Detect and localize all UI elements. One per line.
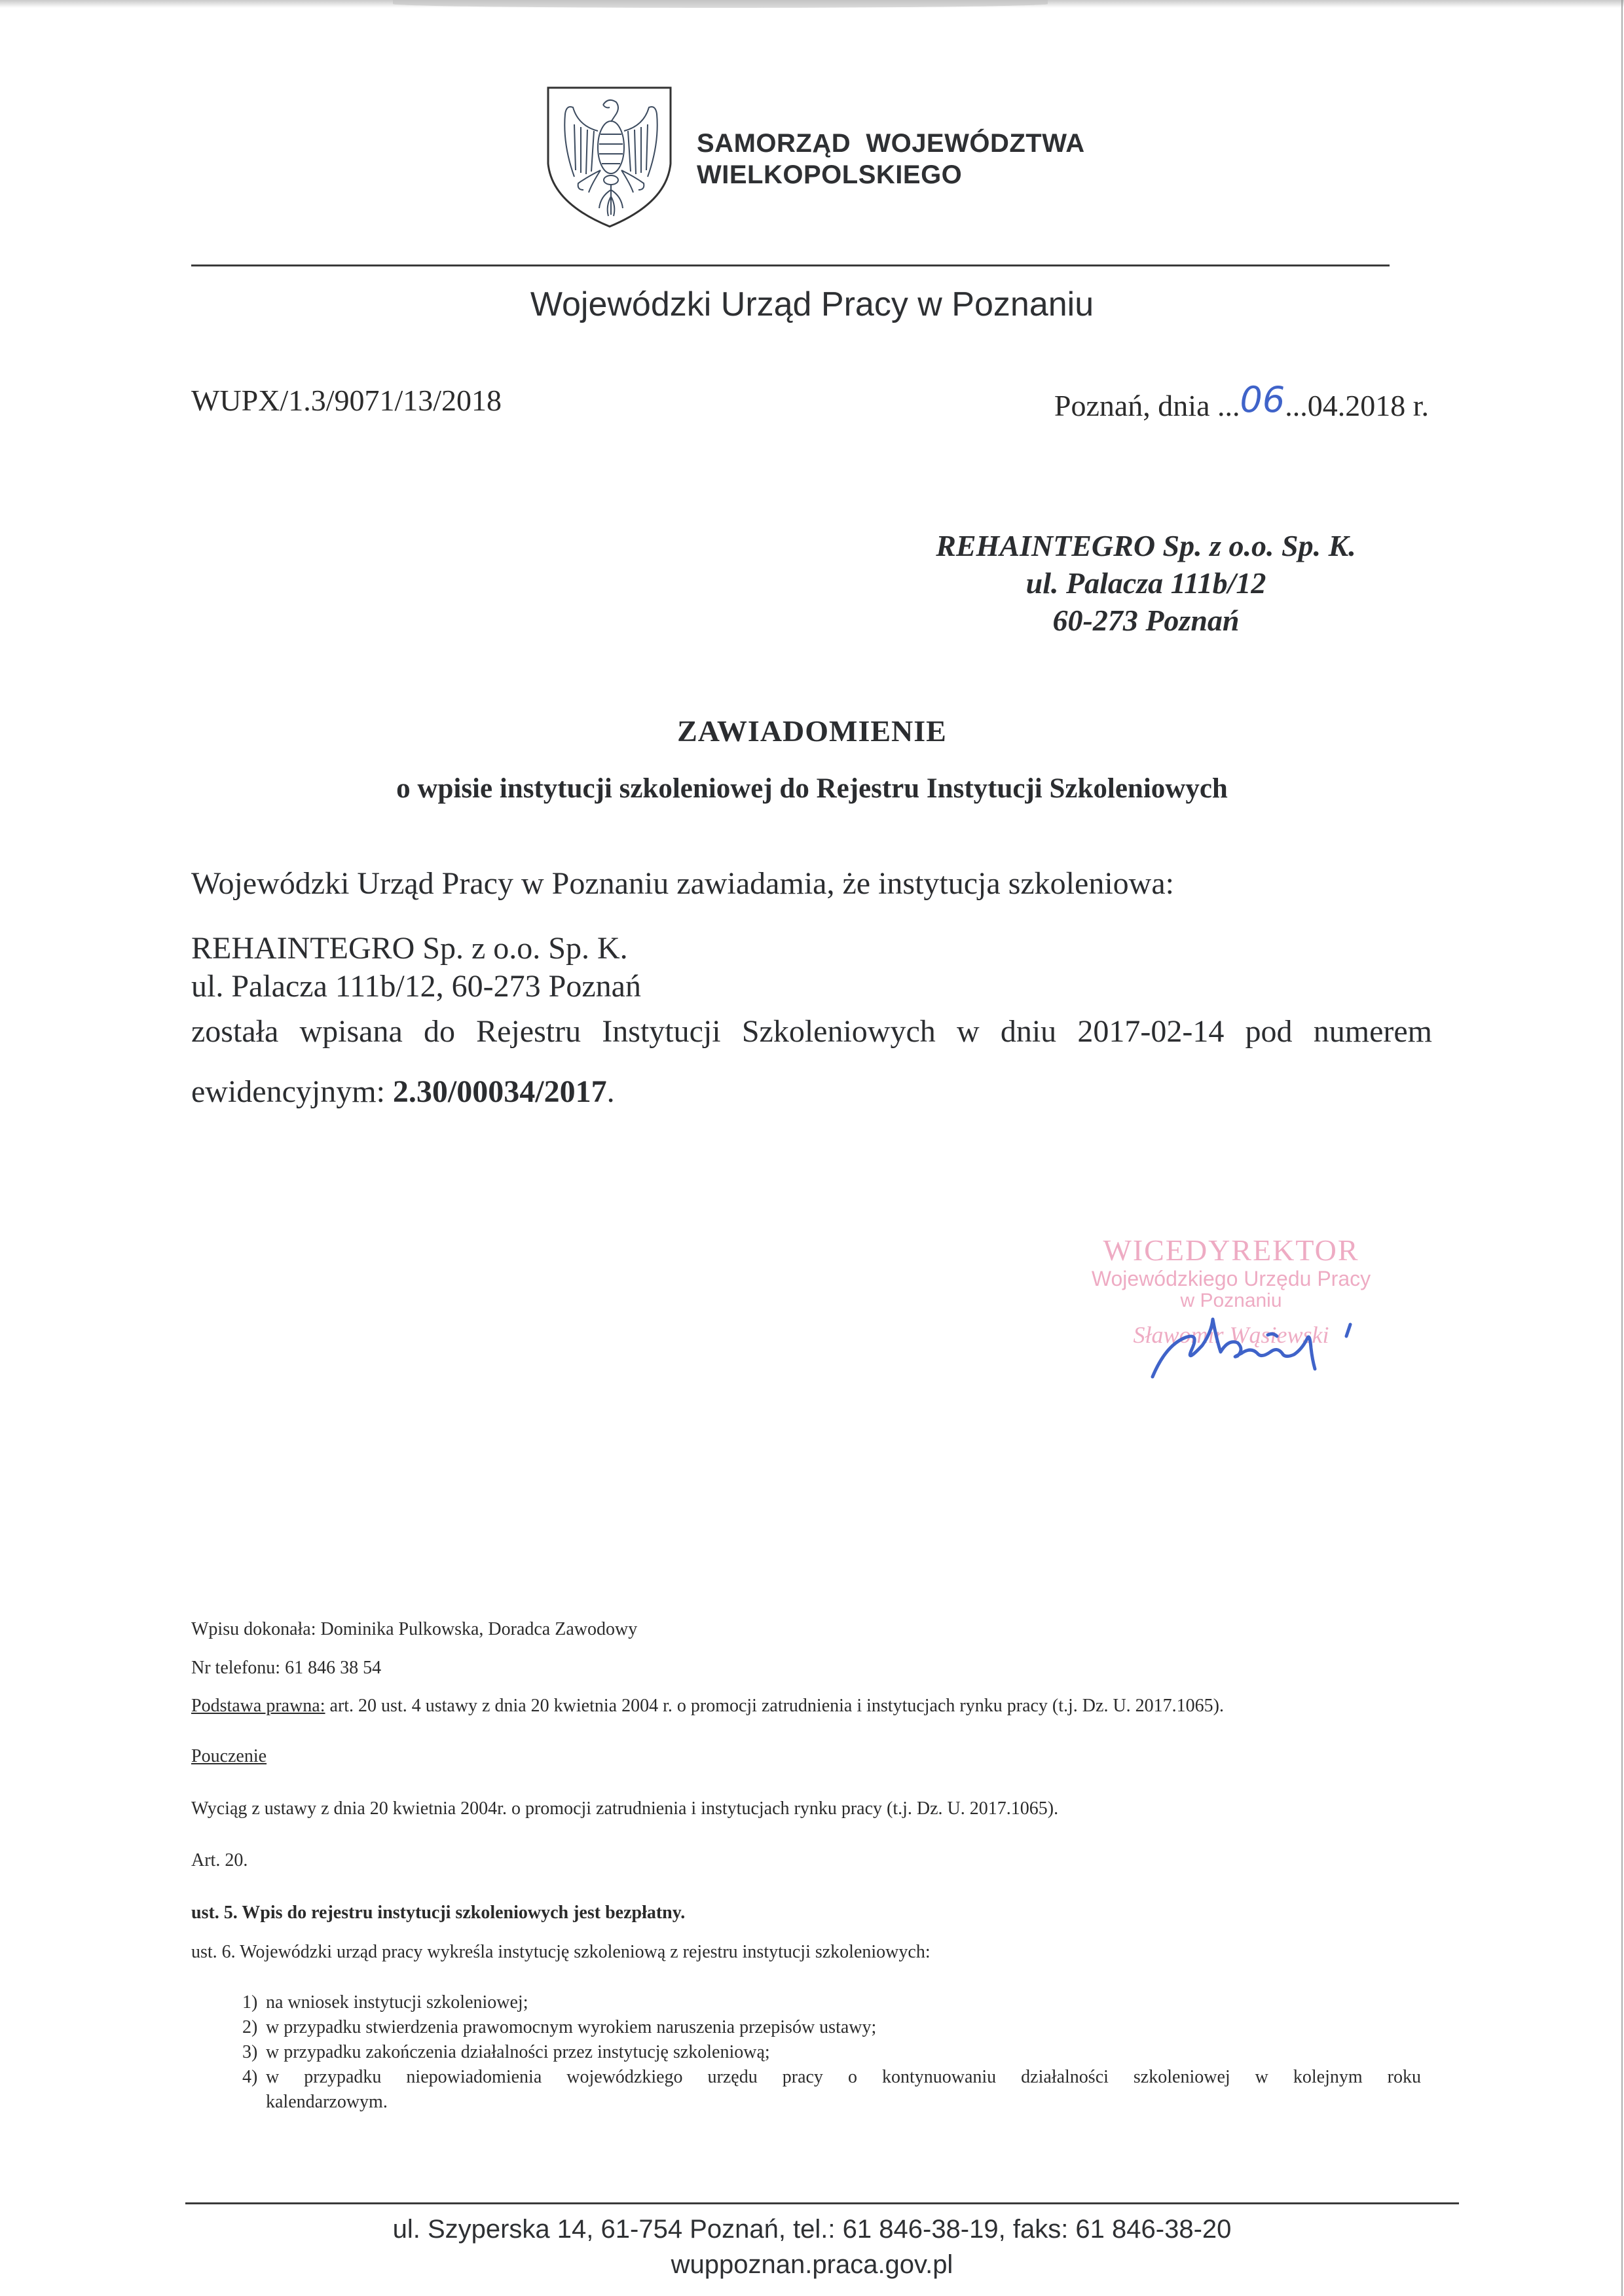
reference-number: WUPX/1.3/9071/13/2018 bbox=[191, 383, 502, 418]
header-divider bbox=[191, 264, 1390, 266]
removal-conditions-list: 1)na wniosek instytucji szkoleniowej; 2)… bbox=[242, 1990, 1421, 2115]
footer-divider bbox=[185, 2202, 1459, 2204]
paragraph-5: ust. 5. Wpis do rejestru instytucji szko… bbox=[191, 1903, 685, 1923]
scan-shadow-bulge bbox=[393, 0, 1048, 8]
list-item: 1)na wniosek instytucji szkoleniowej; bbox=[242, 1990, 1421, 2015]
document-page: SAMORZĄD WOJEWÓDZTWA WIELKOPOLSKIEGO Woj… bbox=[0, 0, 1624, 2296]
handwritten-signature-icon bbox=[1139, 1306, 1401, 1385]
registration-statement: została wpisana do Rejestru Instytucji S… bbox=[191, 1013, 1432, 1049]
registration-end: . bbox=[607, 1074, 615, 1109]
institution-block: REHAINTEGRO Sp. z o.o. Sp. K. ul. Palacz… bbox=[191, 930, 1432, 1006]
legal-basis-text: art. 20 ust. 4 ustawy z dnia 20 kwietnia… bbox=[325, 1696, 1224, 1716]
institution-address: ul. Palacza 111b/12, 60-273 Poznań bbox=[191, 968, 1432, 1006]
instruction-label: Pouczenie bbox=[191, 1746, 267, 1766]
instruction-heading: Pouczenie bbox=[191, 1746, 267, 1767]
org-name: SAMORZĄD WOJEWÓDZTWA WIELKOPOLSKIEGO bbox=[697, 128, 1085, 191]
org-name-line2: WIELKOPOLSKIEGO bbox=[697, 159, 1085, 191]
document-subtitle: o wpisie instytucji szkoleniowej do Reje… bbox=[0, 773, 1624, 805]
addressee-city: 60-273 Poznań bbox=[891, 602, 1401, 639]
org-name-line1: SAMORZĄD WOJEWÓDZTWA bbox=[697, 128, 1085, 159]
law-excerpt: Wyciąg z ustawy z dnia 20 kwietnia 2004r… bbox=[191, 1798, 1058, 1819]
registration-number-line: ewidencyjnym: 2.30/00034/2017. bbox=[191, 1074, 1432, 1110]
paragraph-6: ust. 6. Wojewódzki urząd pracy wykreśla … bbox=[191, 1942, 931, 1963]
list-item-continuation: kalendarzowym. bbox=[242, 2090, 1421, 2115]
eagle-coat-of-arms-icon bbox=[545, 85, 673, 229]
article-number: Art. 20. bbox=[191, 1850, 248, 1871]
list-item: 4)w przypadku niepowiadomienia wojewódzk… bbox=[242, 2065, 1421, 2090]
document-date: Poznań, dnia ...06...04.2018 r. bbox=[1054, 383, 1429, 424]
stamp-title: WICEDYREKTOR bbox=[1048, 1234, 1414, 1267]
office-title: Wojewódzki Urząd Pracy w Poznaniu bbox=[0, 285, 1624, 324]
footer-address: ul. Szyperska 14, 61-754 Poznań, tel.: 6… bbox=[0, 2215, 1624, 2244]
registration-number: 2.30/00034/2017 bbox=[393, 1074, 607, 1109]
institution-name: REHAINTEGRO Sp. z o.o. Sp. K. bbox=[191, 930, 1432, 968]
footer-website[interactable]: wuppoznan.praca.gov.pl bbox=[0, 2250, 1624, 2280]
contact-phone: Nr telefonu: 61 846 38 54 bbox=[191, 1658, 381, 1679]
document-title: ZAWIADOMIENIE bbox=[0, 714, 1624, 748]
date-prefix: Poznań, dnia ... bbox=[1054, 389, 1240, 422]
body-intro: Wojewódzki Urząd Pracy w Poznaniu zawiad… bbox=[191, 866, 1432, 902]
stamp-office: Wojewódzkiego Urzędu Pracy bbox=[1048, 1267, 1414, 1290]
legal-basis-label: Podstawa prawna: bbox=[191, 1696, 325, 1716]
addressee-block: REHAINTEGRO Sp. z o.o. Sp. K. ul. Palacz… bbox=[891, 527, 1401, 639]
handwritten-day: 06 bbox=[1240, 379, 1285, 420]
addressee-name: REHAINTEGRO Sp. z o.o. Sp. K. bbox=[891, 527, 1401, 564]
legal-basis: Podstawa prawna: art. 20 ust. 4 ustawy z… bbox=[191, 1696, 1224, 1717]
date-suffix: ...04.2018 r. bbox=[1285, 389, 1429, 422]
scan-edge-right bbox=[1621, 0, 1623, 2296]
addressee-street: ul. Palacza 111b/12 bbox=[891, 564, 1401, 602]
list-item: 2)w przypadku stwierdzenia prawomocnym w… bbox=[242, 2015, 1421, 2040]
registration-label: ewidencyjnym: bbox=[191, 1074, 393, 1109]
entered-by: Wpisu dokonała: Dominika Pulkowska, Dora… bbox=[191, 1619, 637, 1640]
list-item: 3)w przypadku zakończenia działalności p… bbox=[242, 2040, 1421, 2065]
